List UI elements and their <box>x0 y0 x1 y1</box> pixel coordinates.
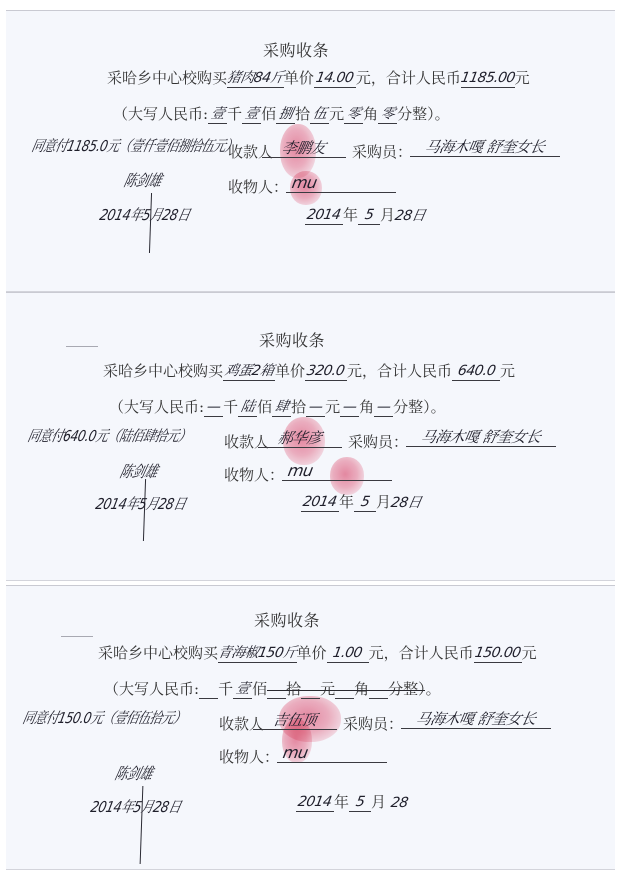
unit-price-label: 单价 <box>284 68 314 88</box>
month-field: 5 <box>354 492 376 512</box>
thousands-label: 千 <box>218 679 233 699</box>
approval-date: 2014年5月28日 <box>94 493 188 514</box>
hundreds-label: 佰 <box>257 397 272 417</box>
year-value: 2014 <box>306 206 342 224</box>
day-value: 28日 <box>389 494 422 512</box>
day-field: 28日 <box>395 206 425 225</box>
item-field: 鸡蛋2箱 <box>223 361 275 381</box>
fen-label: 分整）。 <box>393 397 446 417</box>
year-field: 2014 <box>305 205 343 225</box>
tens-field <box>267 680 286 699</box>
purchase-line: 采哈乡中心校购买 青海椒150斤 单价 1.00 元，合计人民币 150.00 … <box>98 643 537 663</box>
purchase-receipt: 采购收条 采哈乡中心校购买 青海椒150斤 单价 1.00 元，合计人民币 15… <box>6 585 615 870</box>
hundreds-value: 陆 <box>239 398 256 416</box>
thousands-label: 千 <box>223 397 238 417</box>
day-value: 28 <box>389 794 409 812</box>
ones-value: — <box>307 398 324 416</box>
hundreds-label: 佰 <box>252 679 267 699</box>
month-label: 月 <box>380 204 395 225</box>
buyer-label: 采购员： <box>343 713 403 734</box>
purchase-receipt: 采购收条 采哈乡中心校购买 鸡蛋2箱 单价 320.0 元，合计人民币 640.… <box>6 292 615 581</box>
fen-value: 零 <box>379 105 396 123</box>
fen-field: 零 <box>378 104 397 124</box>
receipt-date: 2014 年 5 月 28日 <box>305 204 425 225</box>
total-value: 150.00 <box>473 644 522 662</box>
receiver-signature: mu <box>290 174 318 192</box>
approval-signature: 陈剑雄 <box>113 761 156 784</box>
fen-label: 分整）。 <box>388 679 441 699</box>
day-field: 28 <box>386 793 412 812</box>
month-label: 月 <box>371 791 386 812</box>
ones-field <box>301 680 320 699</box>
unit-price-field: 1.00 <box>327 643 369 663</box>
buyer-signature: 马海木嘎 舒奎女长 <box>424 138 547 156</box>
year-value: 2014 <box>297 793 333 811</box>
unit-price-label: 单价 <box>297 643 327 663</box>
yuan-label: 元 <box>500 361 515 381</box>
total-field: 150.00 <box>474 643 522 663</box>
total-label: 元，合计人民币 <box>356 68 461 88</box>
item-field: 猪肉84斤 <box>227 68 284 88</box>
purchase-prefix: 采哈乡中心校购买 <box>98 643 218 663</box>
hundreds-field: 陆 <box>238 397 257 417</box>
day-value: 28日 <box>393 207 426 225</box>
jiao-field <box>335 680 354 699</box>
uppercase-tail: 捌 拾 伍 元 零 角 零 分整）。 <box>276 104 450 124</box>
purchase-line: 采哈乡中心校购买 鸡蛋2箱 单价 320.0 元，合计人民币 640.0 元 <box>103 361 515 381</box>
purchase-line: 采哈乡中心校购买 猪肉84斤 单价 14.00 元，合计人民币 1185.00 … <box>107 68 530 88</box>
purchase-receipt: 采购收条 采哈乡中心校购买 猪肉84斤 单价 14.00 元，合计人民币 118… <box>6 10 615 292</box>
total-field: 1185.00 <box>461 68 515 88</box>
tens-label: 拾 <box>295 104 310 124</box>
uppercase-prefix: （大写人民币: <box>104 679 199 699</box>
tens-label: 拾 <box>286 679 301 699</box>
buyer-signature: 马海木嘎 舒奎女长 <box>420 428 543 446</box>
receipt-title: 采购收条 <box>254 608 320 631</box>
ones-label: 元 <box>325 397 340 417</box>
receiver-label: 收物人： <box>219 746 279 767</box>
approval-note: 同意付150.0元（壹佰伍拾元） <box>21 707 188 728</box>
uppercase-tail: 拾 元 角 分整）。 <box>267 679 441 699</box>
scan-mark <box>66 346 98 347</box>
payee-field: 吉伍顶 <box>253 711 337 730</box>
buyer-field: 马海木嘎 舒奎女长 <box>406 428 556 447</box>
uppercase-amount-line: （大写人民币: 千 壹 佰 拾 元 角 分整）。 <box>104 679 441 699</box>
yuan-label: 元 <box>522 643 537 663</box>
unit-price-value: 14.00 <box>315 69 355 87</box>
month-field: 5 <box>358 205 380 225</box>
total-value: 640.0 <box>456 362 496 380</box>
jiao-label: 角 <box>359 397 374 417</box>
receipt-title: 采购收条 <box>263 38 329 61</box>
item-value: 青海椒150斤 <box>216 644 298 662</box>
uppercase-tail: 肆 拾 — 元 — 角 — 分整）。 <box>272 397 446 417</box>
receiver-field: mu <box>282 462 392 481</box>
approval-date: 2014年5月28日 <box>89 796 183 817</box>
jiao-value: — <box>341 398 358 416</box>
year-field: 2014 <box>301 492 339 512</box>
receiver-label: 收物人： <box>224 464 284 485</box>
receipt-date: 2014 年 5 月 28日 <box>301 491 421 512</box>
scan-mark <box>61 636 93 637</box>
year-label: 年 <box>343 204 358 225</box>
unit-price-value: 1.00 <box>332 644 364 662</box>
receiver-signature: mu <box>281 744 309 762</box>
payee-field: 郝华彦 <box>258 429 342 448</box>
purchase-prefix: 采哈乡中心校购买 <box>107 68 227 88</box>
uppercase-prefix: （大写人民币: <box>109 397 204 417</box>
tens-field: 肆 <box>272 397 291 417</box>
month-value: 5 <box>359 493 370 511</box>
fen-label: 分整）。 <box>397 104 450 124</box>
ones-field: — <box>306 397 325 417</box>
tens-field: 捌 <box>276 104 295 124</box>
jiao-field: 零 <box>344 104 363 124</box>
approval-signature: 陈剑雄 <box>122 168 165 191</box>
thousands-field: 壹 <box>208 104 227 124</box>
year-label: 年 <box>339 491 354 512</box>
approval-note: 同意付1185.0元（壹仟壹佰捌拾伍元） <box>30 135 240 156</box>
uppercase-amount-line: （大写人民币: — 千 陆 佰 肆 拾 — 元 — 角 — 分整）。 <box>109 397 446 417</box>
receipt-date: 2014 年 5 月 28 <box>296 791 412 812</box>
buyer-field: 马海木嘎 舒奎女长 <box>401 710 551 729</box>
thousands-field: — <box>204 397 223 417</box>
month-value: 5 <box>354 793 365 811</box>
buyer-label: 采购员： <box>348 431 408 452</box>
ones-value: 伍 <box>311 105 328 123</box>
payee-signature: 李鹏友 <box>281 139 327 157</box>
total-label: 元，合计人民币 <box>369 643 474 663</box>
total-label: 元，合计人民币 <box>347 361 452 381</box>
approval-date: 2014年5月28日 <box>98 204 192 225</box>
thousands-value: — <box>205 398 222 416</box>
buyer-label: 采购员： <box>352 141 412 162</box>
jiao-label: 角 <box>354 679 369 699</box>
item-field: 青海椒150斤 <box>218 643 297 663</box>
receiver-field: mu <box>277 744 387 763</box>
month-field: 5 <box>349 792 371 812</box>
year-label: 年 <box>334 791 349 812</box>
total-field: 640.0 <box>452 361 500 381</box>
scanned-page: 采购收条 采哈乡中心校购买 猪肉84斤 单价 14.00 元，合计人民币 118… <box>0 0 640 880</box>
payee-field: 李鹏友 <box>262 139 346 158</box>
jiao-label: 角 <box>363 104 378 124</box>
thousands-label: 千 <box>227 104 242 124</box>
fen-field <box>369 680 388 699</box>
ones-label: 元 <box>329 104 344 124</box>
month-label: 月 <box>376 491 391 512</box>
receiver-field: mu <box>286 174 396 193</box>
jiao-value: 零 <box>345 105 362 123</box>
jiao-field: — <box>340 397 359 417</box>
hundreds-value: 壹 <box>234 680 251 698</box>
item-value: 鸡蛋2箱 <box>223 362 275 380</box>
unit-price-label: 单价 <box>275 361 305 381</box>
unit-price-field: 14.00 <box>314 68 356 88</box>
ones-field: 伍 <box>310 104 329 124</box>
payee-signature: 郝华彦 <box>277 429 323 447</box>
receiver-signature: mu <box>286 462 314 480</box>
total-value: 1185.00 <box>459 69 516 87</box>
hundreds-value: 壹 <box>243 105 260 123</box>
hundreds-field: 壹 <box>242 104 261 124</box>
receipt-title: 采购收条 <box>259 328 325 351</box>
unit-price-value: 320.0 <box>306 362 346 380</box>
year-value: 2014 <box>302 493 338 511</box>
payee-signature: 吉伍顶 <box>272 711 318 729</box>
unit-price-field: 320.0 <box>305 361 347 381</box>
year-field: 2014 <box>296 792 334 812</box>
yuan-label: 元 <box>515 68 530 88</box>
buyer-field: 马海木嘎 舒奎女长 <box>410 138 560 157</box>
fen-value: — <box>375 398 392 416</box>
hundreds-label: 佰 <box>261 104 276 124</box>
approval-note: 同意付640.0元（陆佰肆拾元） <box>26 425 193 446</box>
tens-value: 捌 <box>277 105 294 123</box>
tens-value: 肆 <box>273 398 290 416</box>
thousands-field <box>199 680 218 699</box>
purchase-prefix: 采哈乡中心校购买 <box>103 361 223 381</box>
month-value: 5 <box>363 206 374 224</box>
approval-signature: 陈剑雄 <box>118 459 161 482</box>
tens-label: 拾 <box>291 397 306 417</box>
item-value: 猪肉84斤 <box>225 69 285 87</box>
day-field: 28日 <box>391 493 421 512</box>
hundreds-field: 壹 <box>233 679 252 699</box>
ones-label: 元 <box>320 679 335 699</box>
thousands-value: 壹 <box>209 105 226 123</box>
uppercase-amount-line: （大写人民币: 壹 千 壹 佰 捌 拾 伍 元 零 角 零 分整）。 <box>113 104 450 124</box>
fen-field: — <box>374 397 393 417</box>
buyer-signature: 马海木嘎 舒奎女长 <box>415 710 538 728</box>
receiver-label: 收物人： <box>228 176 288 197</box>
uppercase-prefix: （大写人民币: <box>113 104 208 124</box>
